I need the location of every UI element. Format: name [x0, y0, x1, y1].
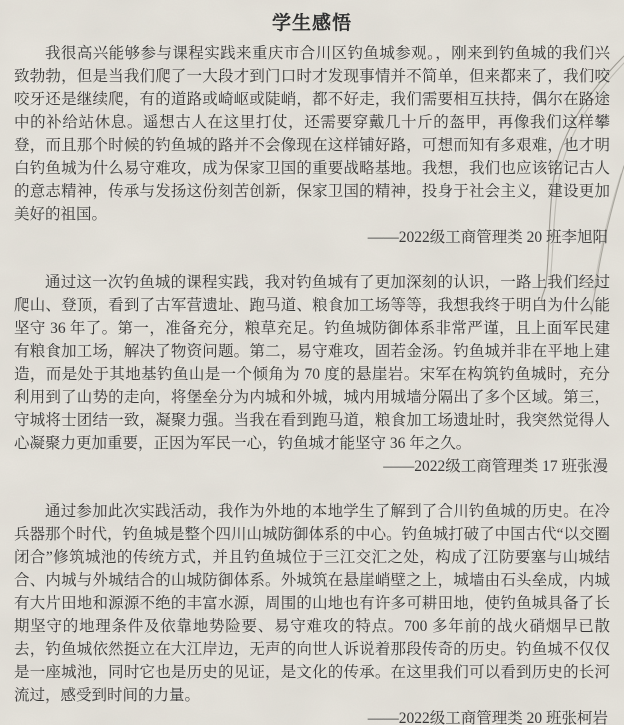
reflection-text: 我很高兴能够参与课程实践来重庆市合川区钓鱼城参观。，刚来到钓鱼城的我们兴致勃勃，… [14, 42, 610, 226]
reflection-signature: ——2022级工商管理类 17 班张漫 [14, 455, 610, 478]
reflection-section-1: 我很高兴能够参与课程实践来重庆市合川区钓鱼城参观。，刚来到钓鱼城的我们兴致勃勃，… [14, 42, 610, 249]
document-page: 学生感悟 我很高兴能够参与课程实践来重庆市合川区钓鱼城参观。，刚来到钓鱼城的我们… [0, 0, 624, 725]
reflection-section-3: 通过参加此次实践活动，我作为外地的本地学生了解到了合川钓鱼城的历史。在冷兵器那个… [14, 500, 610, 725]
reflection-text: 通过参加此次实践活动，我作为外地的本地学生了解到了合川钓鱼城的历史。在冷兵器那个… [14, 500, 610, 707]
reflection-signature: ——2022级工商管理类 20 班李旭阳 [14, 226, 610, 249]
reflection-text: 通过这一次钓鱼城的课程实践，我对钓鱼城有了更加深刻的认识，一路上我们经过爬山、登… [14, 271, 610, 455]
reflection-signature: ——2022级工商管理类 20 班张柯岩 [14, 707, 610, 725]
page-title: 学生感悟 [14, 8, 610, 35]
document-content: 学生感悟 我很高兴能够参与课程实践来重庆市合川区钓鱼城参观。，刚来到钓鱼城的我们… [0, 0, 624, 725]
reflection-section-2: 通过这一次钓鱼城的课程实践，我对钓鱼城有了更加深刻的认识，一路上我们经过爬山、登… [14, 271, 610, 478]
